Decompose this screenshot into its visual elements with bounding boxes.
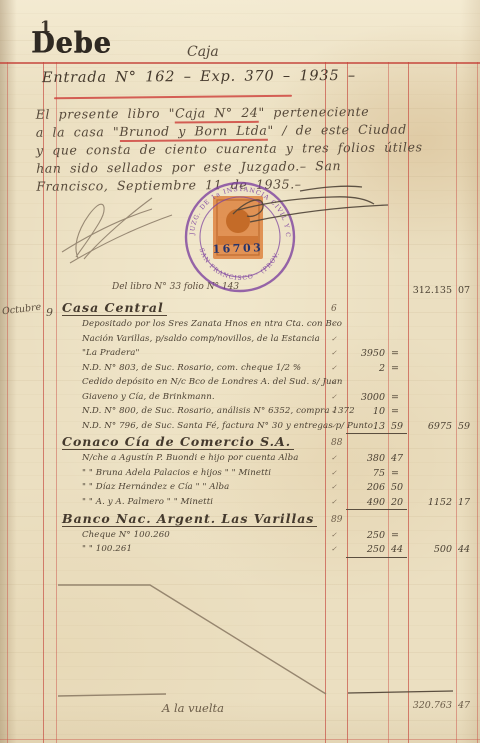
amount1-pesos: 206 [345, 482, 385, 493]
section-rows: N/che a Agustín P. Buondi e hijo por cue… [0, 452, 480, 510]
amount1-pesos: 3950 [345, 348, 385, 359]
ledger-row: Depositado por los Sres Zanata Hnos en n… [0, 318, 480, 333]
tick-icon: ✓ [331, 454, 337, 462]
tick-icon: ✓ [331, 483, 337, 491]
entry-heading: Entrada N° 162 – Exp. 370 – 1935 – [42, 68, 356, 86]
underlined-book-name: Caja N° 24 [175, 105, 259, 124]
account-title: Caja [187, 44, 219, 60]
notary-certificate: El presente libro "Caja N° 24" perteneci… [36, 102, 437, 195]
amount1-cents: = [391, 392, 407, 403]
amount1-cents: = [391, 530, 407, 541]
tick-icon: ✓ [331, 407, 337, 415]
tick-icon: ✓ [331, 498, 337, 506]
amount1-cents: = [391, 348, 407, 359]
tick-icon: ✓ [331, 335, 337, 343]
tick-icon: ✓ [331, 422, 337, 430]
tick-icon: ✓ [331, 364, 337, 372]
amount1-cents: 20 [391, 497, 407, 508]
balance-cents: 07 [458, 285, 476, 296]
carry-forward-total-row: 320.763 47 [0, 699, 480, 713]
tick-icon: ✓ [331, 393, 337, 401]
row-description: Giaveno y Cía, de Brinkmann. [82, 392, 215, 402]
amount1-cents: = [391, 363, 407, 374]
amount1-pesos: 380 [345, 453, 385, 464]
section-heading-row: Banco Nac. Argent. Las Varillas 89 [0, 511, 480, 529]
tick-icon: ✓ [331, 545, 337, 553]
amount2-cents: 44 [458, 544, 476, 555]
row-description: Depositado por los Sres Zanata Hnos en n… [82, 319, 342, 329]
footer-rule [0, 739, 480, 740]
section-folio: 89 [331, 515, 342, 525]
tick-icon: ✓ [331, 531, 337, 539]
ledger-row: N.D. N° 803, de Suc. Rosario, com. chequ… [0, 362, 480, 377]
row-description: Nación Varillas, p/saldo comp/novillos, … [82, 334, 320, 344]
ledger-row: Cedido depósito en N/c Bco de Londres A.… [0, 376, 480, 391]
cancellation-strokes [58, 585, 326, 696]
sum-underline [346, 557, 407, 558]
row-description: " " Bruna Adela Palacios e hijos " " Min… [82, 468, 271, 478]
section-heading-row: Conaco Cía de Comercio S.A. 88 [0, 434, 480, 452]
section-folio: 6 [331, 304, 337, 314]
ledger-sections: Casa Central 6 Depositado por los Sres Z… [0, 300, 480, 558]
amount2-cents: 17 [458, 497, 476, 508]
tick-icon: ✓ [331, 469, 337, 477]
balance-forward-row: 312.135 07 [0, 284, 480, 297]
amount2-cents: 59 [458, 421, 476, 432]
revenue-stamp-icon [213, 196, 263, 259]
ledger-section: Casa Central 6 Depositado por los Sres Z… [0, 300, 480, 434]
amount1-cents: 59 [391, 421, 407, 432]
tick-icon: ✓ [331, 349, 337, 357]
ledger-row: Cheque N° 100.260 ✓ 250 = [0, 529, 480, 544]
row-description: " " Díaz Hernández e Cía " " Alba [82, 482, 229, 492]
amount1-pesos: 13 [345, 421, 385, 432]
debit-column-title: Debe [31, 27, 112, 60]
ledger-row: " " 100.261 ✓ 250 44 500 44 [0, 543, 480, 558]
section-rows: Depositado por los Sres Zanata Hnos en n… [0, 318, 480, 434]
amount1-pesos: 490 [345, 497, 385, 508]
section-title: Conaco Cía de Comercio S.A. [62, 434, 294, 450]
ledger-row: N.D. N° 796, de Suc. Santa Fé, factura N… [0, 420, 480, 435]
left-signature [62, 198, 172, 263]
grand-total-rule [348, 691, 453, 693]
ledger-row: Nación Varillas, p/saldo comp/novillos, … [0, 333, 480, 348]
ledger-page: 1 Debe Caja Entrada N° 162 – Exp. 370 – … [0, 0, 480, 743]
amount1-cents: = [391, 406, 407, 417]
section-heading-row: Casa Central 6 [0, 300, 480, 318]
ledger-row: N.D. N° 800, de Suc. Rosario, análisis N… [0, 405, 480, 420]
ledger-row: "La Pradera" ✓ 3950 = [0, 347, 480, 362]
tick-icon: ✓ [331, 320, 337, 328]
section-title: Casa Central [62, 300, 167, 316]
ledger-section: Banco Nac. Argent. Las Varillas 89 Chequ… [0, 511, 480, 558]
amount1-pesos: 75 [345, 468, 385, 479]
amount1-cents: 50 [391, 482, 407, 493]
section-rows: Cheque N° 100.260 ✓ 250 = " " 100.261 ✓ … [0, 529, 480, 558]
entry-heading-underline [54, 95, 292, 99]
row-description: N.D. N° 803, de Suc. Rosario, com. chequ… [82, 363, 301, 373]
row-description: " " A. y A. Palmero " " Minetti [82, 497, 213, 507]
header-rule [0, 62, 480, 64]
amount1-pesos: 2 [345, 363, 385, 374]
balance-pesos: 312.135 [406, 285, 452, 296]
amount1-cents: 44 [391, 544, 407, 555]
amount1-pesos: 250 [345, 544, 385, 555]
row-description: " " 100.261 [82, 544, 132, 554]
row-description: N/che a Agustín P. Buondi e hijo por cue… [82, 453, 298, 463]
ledger-row: N/che a Agustín P. Buondi e hijo por cue… [0, 452, 480, 467]
total-pesos: 320.763 [406, 700, 452, 711]
amount1-pesos: 3000 [345, 392, 385, 403]
ledger-row: " " A. y A. Palmero " " Minetti ✓ 490 20… [0, 496, 480, 511]
amount1-pesos: 250 [345, 530, 385, 541]
amount1-cents: 47 [391, 453, 407, 464]
amount1-cents: = [391, 468, 407, 479]
ledger-section: Conaco Cía de Comercio S.A. 88 N/che a A… [0, 434, 480, 510]
row-description: Cedido depósito en N/c Bco de Londres A.… [82, 377, 343, 387]
ledger-row: Giaveno y Cía, de Brinkmann. ✓ 3000 = [0, 391, 480, 406]
certificate-line: y que consta de ciento cuarenta y tres f… [36, 138, 436, 159]
certificate-line: Francisco, Septiembre 11 de 1935.– [36, 174, 436, 195]
total-cents: 47 [458, 700, 476, 711]
row-description: N.D. N° 796, de Suc. Santa Fé, factura N… [82, 421, 373, 431]
amount1-pesos: 10 [345, 406, 385, 417]
section-title: Banco Nac. Argent. Las Varillas [62, 511, 317, 527]
row-description: N.D. N° 800, de Suc. Rosario, análisis N… [82, 406, 355, 416]
row-description: "La Pradera" [82, 348, 140, 358]
tick-icon: ✓ [331, 378, 337, 386]
ledger-row: " " Díaz Hernández e Cía " " Alba ✓ 206 … [0, 481, 480, 496]
amount2-pesos: 500 [406, 544, 452, 555]
ledger-row: " " Bruna Adela Palacios e hijos " " Min… [0, 467, 480, 482]
row-description: Cheque N° 100.260 [82, 530, 170, 540]
amount2-pesos: 6975 [406, 421, 452, 432]
stamp-serial-number: 16703 [212, 241, 263, 256]
amount2-pesos: 1152 [406, 497, 452, 508]
section-folio: 88 [331, 438, 342, 448]
